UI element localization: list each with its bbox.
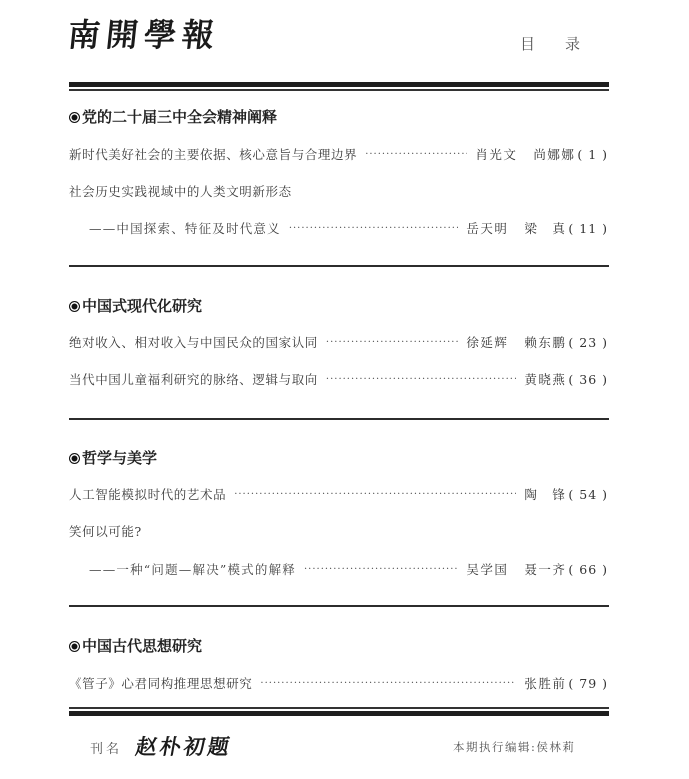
toc-entry[interactable]: 人工智能模拟时代的艺术品 陶 锋 ( 54 ) [69, 486, 608, 506]
executive-editor: 本期执行编辑:侯林莉 [453, 739, 575, 755]
entry-subtitle: ——一种“问题—解决”模式的解释 [69, 561, 296, 579]
section-heading: 中国式现代化研究 [69, 296, 202, 316]
entry-authors: 张胜前 [524, 675, 566, 693]
bullet-icon [69, 453, 80, 464]
dot-leader [234, 486, 516, 504]
entry-title: 当代中国儿童福利研究的脉络、逻辑与取向 [69, 371, 318, 389]
section-heading-label: 哲学与美学 [82, 448, 157, 468]
toc-entry[interactable]: 新时代美好社会的主要依据、核心意旨与合理边界 肖光文尚娜娜 ( 1 ) [69, 146, 608, 166]
entry-authors: 肖光文尚娜娜 [475, 146, 575, 164]
dot-leader [289, 220, 459, 238]
entry-title: 新时代美好社会的主要依据、核心意旨与合理边界 [69, 146, 357, 164]
journal-title: 南開學報 [66, 14, 222, 56]
section-divider [69, 605, 609, 607]
section-heading: 中国古代思想研究 [69, 636, 202, 656]
dot-leader [326, 334, 458, 352]
entry-authors: 吴学国聂一齐 [466, 561, 566, 579]
toc-entry[interactable]: ——中国探索、特征及时代意义 岳天明梁 真 ( 11 ) [69, 220, 608, 240]
entry-page: ( 54 ) [568, 486, 608, 504]
header-rule-thick [69, 82, 609, 87]
section-heading: 党的二十届三中全会精神阐释 [69, 107, 277, 127]
entry-authors: 黄晓燕 [524, 371, 566, 389]
section-divider [69, 418, 609, 420]
entry-page: ( 23 ) [568, 334, 608, 352]
header-rule-thin [69, 89, 609, 91]
entry-title: 社会历史实践视域中的人类文明新形态 [69, 183, 292, 201]
section-heading: 哲学与美学 [69, 448, 157, 468]
dot-leader [260, 675, 516, 693]
dot-leader [304, 561, 458, 579]
entry-title: 《管子》心君同构推理思想研究 [69, 675, 252, 693]
dot-leader [326, 371, 516, 389]
entry-title: 绝对收入、相对收入与中国民众的国家认同 [69, 334, 318, 352]
toc-entry[interactable]: ——一种“问题—解决”模式的解释 吴学国聂一齐 ( 66 ) [69, 561, 608, 581]
section-heading-label: 中国古代思想研究 [82, 636, 202, 656]
entry-title: 笑何以可能? [69, 523, 142, 541]
entry-title: 人工智能模拟时代的艺术品 [69, 486, 226, 504]
entry-authors: 岳天明梁 真 [466, 220, 566, 238]
section-divider [69, 265, 609, 267]
calligraphy-inscription: 赵朴初题 [133, 731, 234, 761]
section-heading-label: 党的二十届三中全会精神阐释 [82, 107, 277, 127]
entry-authors: 陶 锋 [524, 486, 566, 504]
entry-page: ( 79 ) [568, 675, 608, 693]
toc-entry[interactable]: 绝对收入、相对收入与中国民众的国家认同 徐延辉赖东鹏 ( 23 ) [69, 334, 608, 354]
journal-name-label: 刊名 [90, 738, 122, 757]
entry-subtitle: ——中国探索、特征及时代意义 [69, 220, 281, 238]
entry-page: ( 1 ) [577, 146, 608, 164]
toc-label: 目录 [520, 34, 610, 54]
entry-authors: 徐延辉赖东鹏 [466, 334, 566, 352]
entry-page: ( 66 ) [568, 561, 608, 579]
toc-entry[interactable]: 当代中国儿童福利研究的脉络、逻辑与取向 黄晓燕 ( 36 ) [69, 371, 608, 391]
toc-entry[interactable]: 《管子》心君同构推理思想研究 张胜前 ( 79 ) [69, 675, 608, 695]
toc-entry-title-line[interactable]: 笑何以可能? [69, 523, 608, 541]
entry-page: ( 11 ) [568, 220, 608, 238]
entry-page: ( 36 ) [568, 371, 608, 389]
bullet-icon [69, 301, 80, 312]
dot-leader [365, 146, 467, 164]
bullet-icon [69, 112, 80, 123]
bullet-icon [69, 641, 80, 652]
toc-entry-title-line[interactable]: 社会历史实践视域中的人类文明新形态 [69, 183, 608, 201]
footer-rule-thin [69, 707, 609, 709]
footer-rule-thick [69, 711, 609, 716]
section-heading-label: 中国式现代化研究 [82, 296, 202, 316]
